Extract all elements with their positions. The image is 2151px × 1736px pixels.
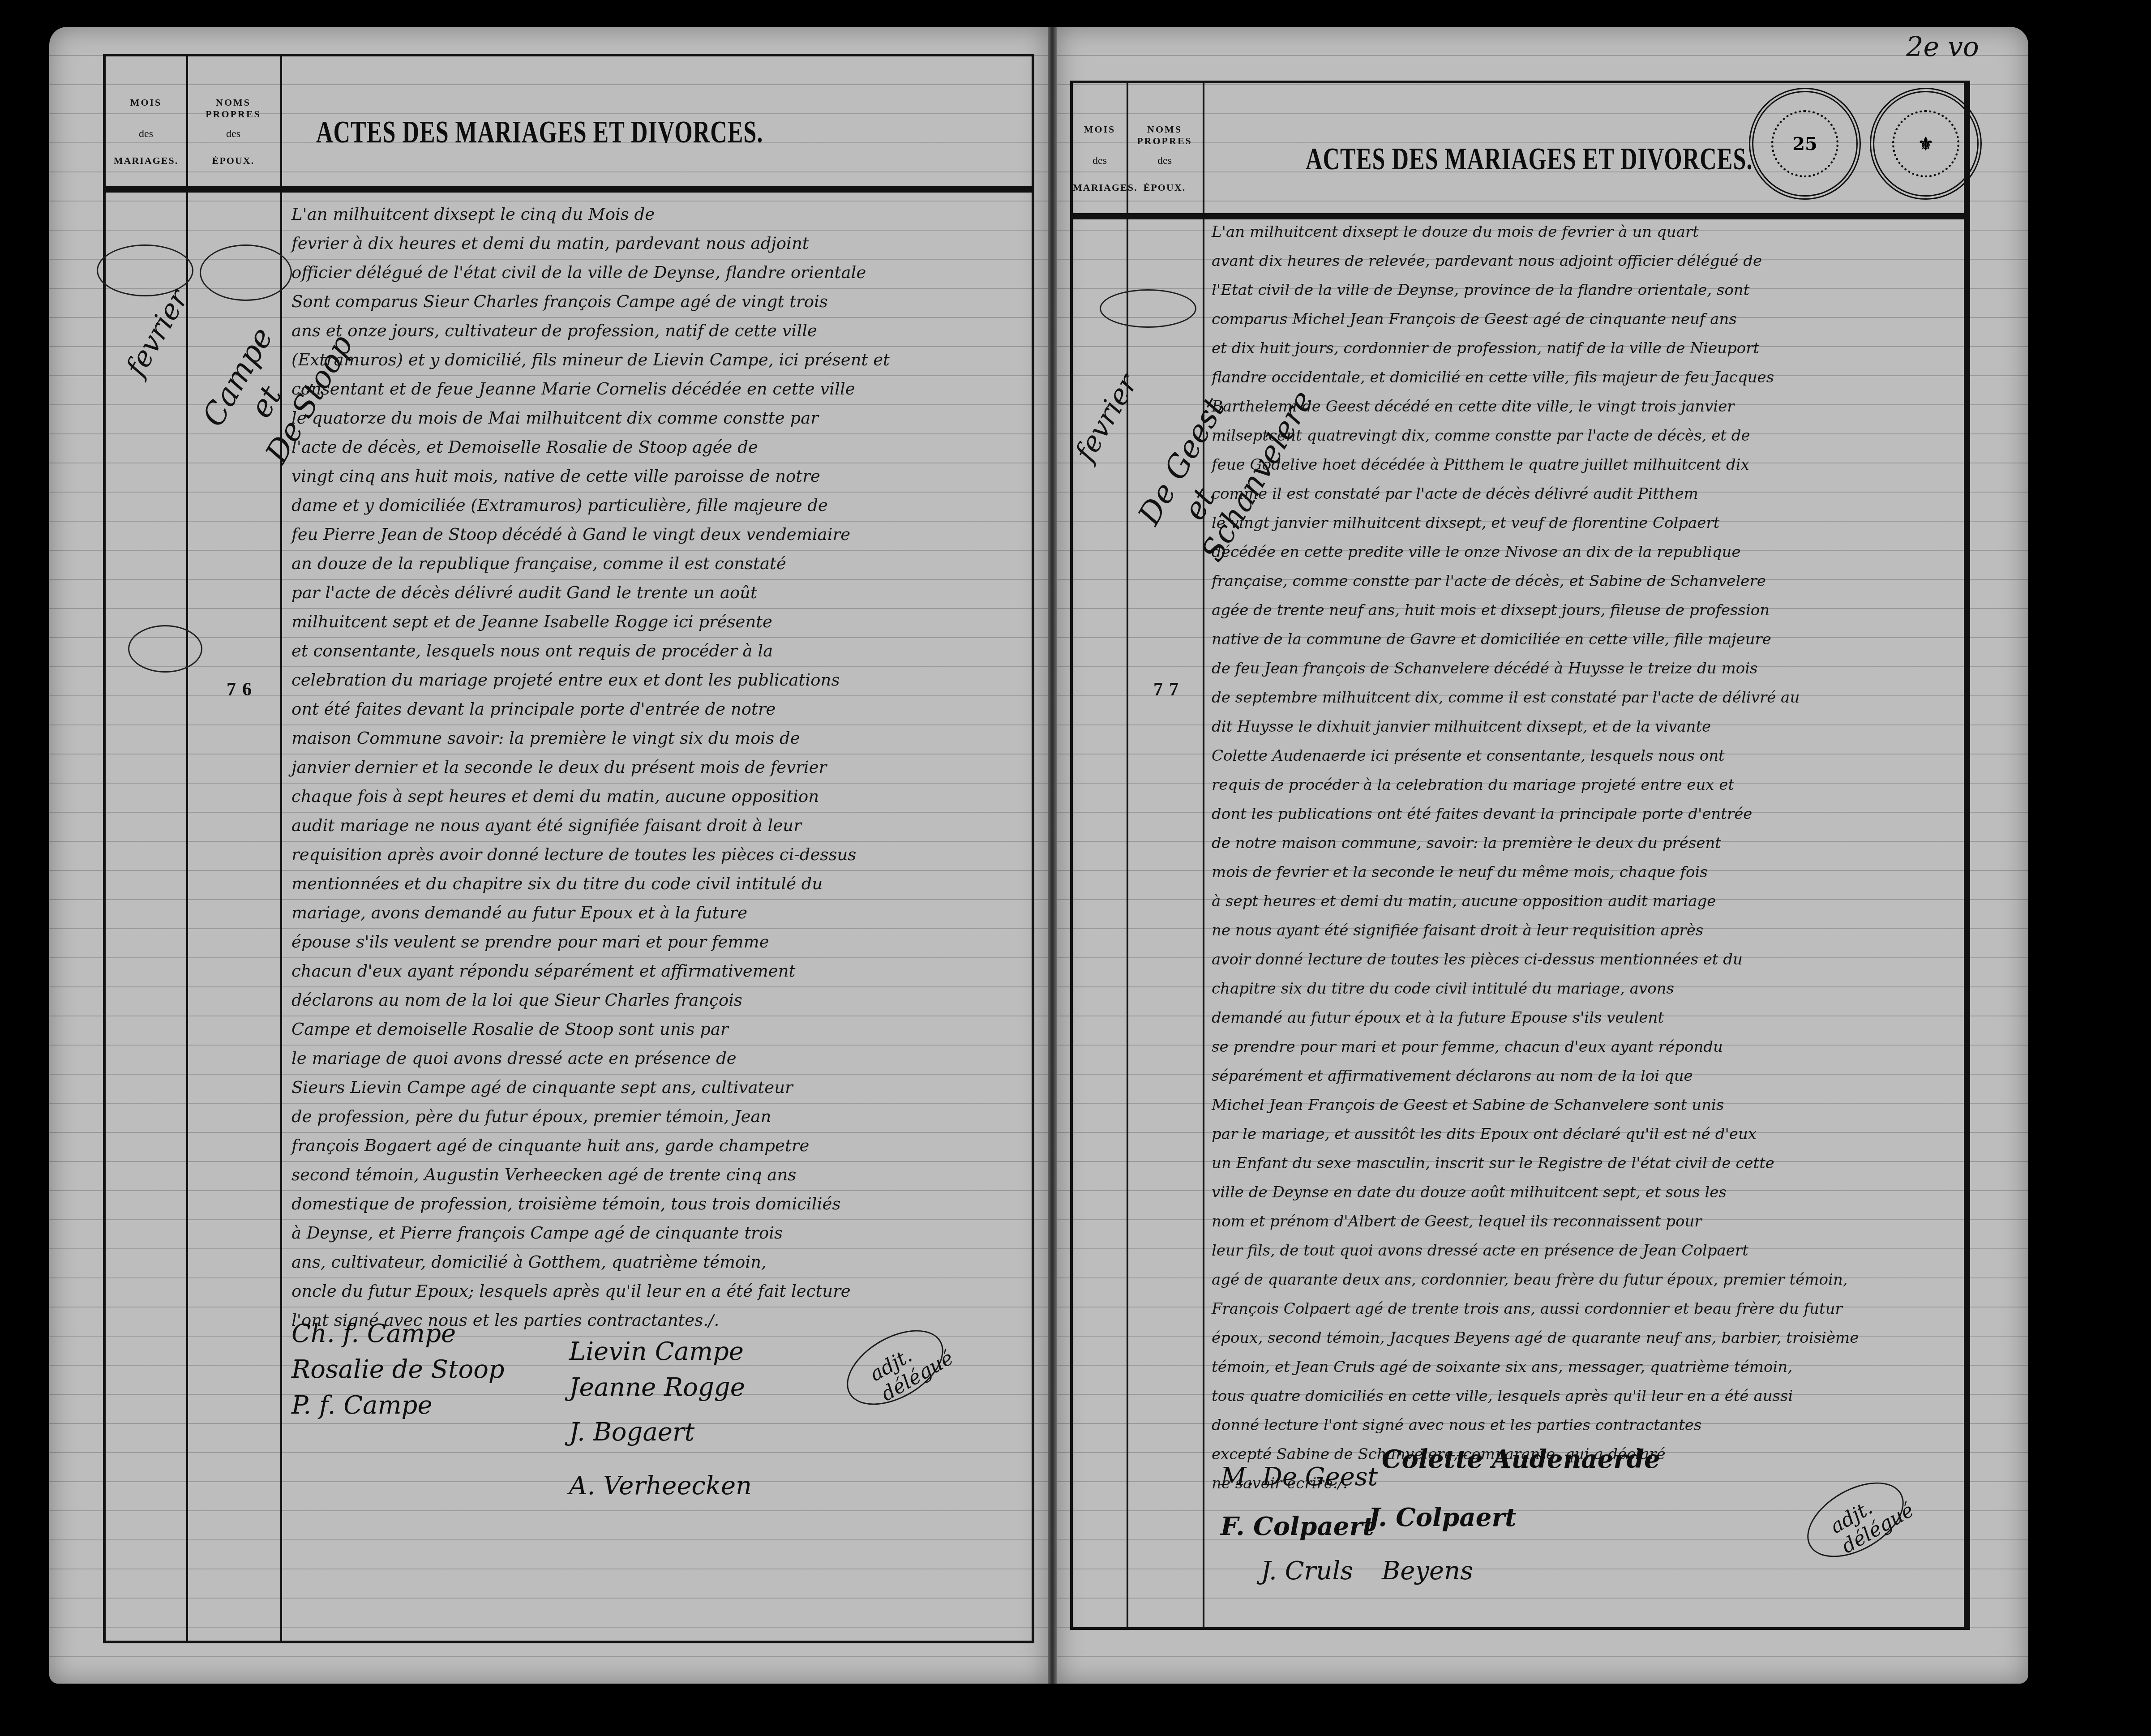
left-signatures: Ch. f. Campe Rosalie de Stoop P. f. Camp… <box>291 1319 1008 1588</box>
tax-stamp-icon: 25 <box>1749 88 1861 200</box>
signature: Jeanne Rogge <box>569 1373 745 1402</box>
signature: F. Colpaert <box>1221 1512 1374 1541</box>
text-line: domestique de profession, troisième témo… <box>291 1189 890 1218</box>
text-line: de notre maison commune, savoir: la prem… <box>1212 829 1859 858</box>
text-line: l'acte de décès, et Demoiselle Rosalie d… <box>291 433 890 462</box>
text-line: agé de quarante deux ans, cordonnier, be… <box>1212 1265 1859 1294</box>
column-noms: NOMS PROPRES des ÉPOUX. De Geest et Scha… <box>1127 83 1204 1627</box>
text-line: milseptcent quatrevingt dix, comme const… <box>1212 421 1859 450</box>
stamp-center: 25 <box>1771 110 1838 177</box>
text-line: dont les publications ont été faites dev… <box>1212 800 1859 829</box>
right-header: ACTES DES MARIAGES ET DIVORCES. 25 ⚜ <box>1073 83 1964 219</box>
text-line: Michel Jean François de Geest et Sabine … <box>1212 1091 1859 1120</box>
header-noms-l1: NOMS PROPRES <box>1127 124 1203 147</box>
text-line: mentionnées et du chapitre six du titre … <box>291 869 890 898</box>
text-line: milhuitcent sept et de Jeanne Isabelle R… <box>291 607 890 636</box>
text-line: fevrier à dix heures et demi du matin, p… <box>291 229 890 258</box>
official-signature: adjt. délégué <box>1795 1467 1916 1573</box>
text-line: déclarons au nom de la loi que Sieur Cha… <box>291 986 890 1015</box>
text-line: l'Etat civil de la ville de Deynse, prov… <box>1212 276 1859 305</box>
text-line: par le mariage, et aussitôt les dits Epo… <box>1212 1120 1859 1149</box>
header-noms-l2: des <box>1127 155 1203 167</box>
entry-number: 76 <box>227 679 258 700</box>
text-line: tous quatre domiciliés en cette ville, l… <box>1212 1382 1859 1411</box>
text-line: officier délégué de l'état civil de la v… <box>291 258 890 287</box>
right-act-text: L'an milhuitcent dixsept le douze du moi… <box>1212 218 1859 1498</box>
text-line: le vingt janvier milhuitcent dixsept, et… <box>1212 509 1859 538</box>
text-line: se prendre pour mari et pour femme, chac… <box>1212 1033 1859 1062</box>
text-line: de feu Jean françois de Schanvelere décé… <box>1212 654 1859 683</box>
text-line: le quatorze du mois de Mai milhuitcent d… <box>291 403 890 433</box>
text-line: dame et y domiciliée (Extramuros) partic… <box>291 491 890 520</box>
entry-number: 77 <box>1153 679 1185 700</box>
header-mois-l1: MOIS <box>1073 124 1127 135</box>
text-line: Sieurs Lievin Campe agé de cinquante sep… <box>291 1073 890 1102</box>
left-page: ACTES DES MARIAGES ET DIVORCES. MOIS des… <box>49 27 1048 1684</box>
text-line: ans et onze jours, cultivateur de profes… <box>291 316 890 345</box>
page-title: ACTES DES MARIAGES ET DIVORCES. <box>316 115 763 150</box>
signature: Lievin Campe <box>569 1337 744 1366</box>
signature: Colette Audenaerde <box>1382 1445 1660 1474</box>
text-line: décédée en cette predite ville le onze N… <box>1212 538 1859 567</box>
text-line: native de la commune de Gavre et domicil… <box>1212 625 1859 654</box>
text-line: consentant et de feue Jeanne Marie Corne… <box>291 374 890 403</box>
text-line: audit mariage ne nous ayant été signifié… <box>291 811 890 840</box>
text-line: séparément et affirmativement déclarons … <box>1212 1062 1859 1091</box>
margin-month: fevrier <box>119 284 194 382</box>
text-line: L'an milhuitcent dixsept le douze du moi… <box>1212 218 1859 247</box>
text-line: agée de trente neuf ans, huit mois et di… <box>1212 596 1859 625</box>
text-line: un Enfant du sexe masculin, inscrit sur … <box>1212 1149 1859 1178</box>
flourish-icon <box>97 244 193 296</box>
text-line: maison Commune savoir: la première le vi… <box>291 724 890 753</box>
official-signature-text: adjt. délégué <box>866 1327 957 1406</box>
text-line: ont été faites devant la principale port… <box>291 694 890 724</box>
header-mois-l2: des <box>1073 155 1127 167</box>
right-signatures: M. De Geest Colette Audenaerde F. Colpae… <box>1221 1462 1937 1642</box>
left-page-frame: ACTES DES MARIAGES ET DIVORCES. MOIS des… <box>103 54 1034 1643</box>
text-line: donné lecture l'ont signé avec nous et l… <box>1212 1411 1859 1440</box>
text-line: comparus Michel Jean François de Geest a… <box>1212 305 1859 334</box>
text-line: celebration du mariage projeté entre eux… <box>291 665 890 694</box>
text-line: Campe et demoiselle Rosalie de Stoop son… <box>291 1015 890 1044</box>
text-line: à Deynse, et Pierre françois Campe agé d… <box>291 1218 890 1247</box>
left-act-text: L'an milhuitcent dixsept le cinq du Mois… <box>291 200 890 1335</box>
text-line: leur fils, de tout quoi avons dressé act… <box>1212 1236 1859 1265</box>
text-line: second témoin, Augustin Verheecken agé d… <box>291 1160 890 1189</box>
column-noms: NOMS PROPRES des ÉPOUX. Campe et De Stoo… <box>186 56 282 1641</box>
right-page-frame: ACTES DES MARIAGES ET DIVORCES. 25 ⚜ MOI… <box>1070 81 1970 1630</box>
text-line: (Extramuros) et y domicilié, fils mineur… <box>291 345 890 374</box>
text-line: avant dix heures de relevée, pardevant n… <box>1212 247 1859 276</box>
text-line: par l'acte de décès délivré audit Gand l… <box>291 578 890 607</box>
signature: Ch. f. Campe <box>291 1319 456 1348</box>
text-line: le mariage de quoi avons dressé acte en … <box>291 1044 890 1073</box>
signature: M. De Geest <box>1221 1462 1378 1492</box>
signature: A. Verheecken <box>569 1471 752 1500</box>
text-line: dit Huysse le dixhuit janvier milhuitcen… <box>1212 712 1859 742</box>
text-line: de profession, père du futur époux, prem… <box>291 1102 890 1131</box>
official-signature-text: adjt. délégué <box>1826 1479 1918 1558</box>
text-line: nom et prénom d'Albert de Geest, lequel … <box>1212 1207 1859 1236</box>
header-mois-l2: des <box>106 128 186 140</box>
text-line: à sept heures et demi du matin, aucune o… <box>1212 887 1859 916</box>
text-line: mariage, avons demandé au futur Epoux et… <box>291 898 890 927</box>
register-spread: ACTES DES MARIAGES ET DIVORCES. MOIS des… <box>49 27 2028 1684</box>
header-mois-l1: MOIS <box>106 97 186 108</box>
text-line: chaque fois à sept heures et demi du mat… <box>291 782 890 811</box>
right-page: 2e vo ACTES DES MARIAGES ET DIVORCES. 25… <box>1057 27 2028 1684</box>
text-line: françois Bogaert agé de cinquante huit a… <box>291 1131 890 1160</box>
text-line: Colette Audenaerde ici présente et conse… <box>1212 742 1859 771</box>
text-line: vingt cinq ans huit mois, native de cett… <box>291 462 890 491</box>
text-line: et dix huit jours, cordonnier de profess… <box>1212 334 1859 363</box>
header-noms-l1: NOMS PROPRES <box>186 97 280 120</box>
text-line: époux, second témoin, Jacques Beyens agé… <box>1212 1324 1859 1353</box>
text-line: feue Godelive hoet décédée à Pitthem le … <box>1212 450 1859 480</box>
text-line: et consentante, lesquels nous ont requis… <box>291 636 890 665</box>
signature: J. Cruls <box>1261 1556 1353 1586</box>
royal-stamp-icon: ⚜ <box>1870 88 1982 200</box>
text-line: feu Pierre Jean de Stoop décédé à Gand l… <box>291 520 890 549</box>
signature: P. f. Campe <box>291 1391 433 1420</box>
header-mois-l3: MARIAGES. <box>1073 182 1127 193</box>
text-line: François Colpaert agé de trente trois an… <box>1212 1294 1859 1324</box>
text-line: mois de fevrier et la seconde le neuf du… <box>1212 858 1859 887</box>
text-line: demandé au futur époux et à la future Ep… <box>1212 1003 1859 1033</box>
text-line: ans, cultivateur, domicilié à Gotthem, q… <box>291 1247 890 1277</box>
text-line: avoir donné lecture de toutes les pièces… <box>1212 945 1859 974</box>
text-line: oncle du futur Epoux; lesquels après qu'… <box>291 1277 890 1306</box>
official-signature: adjt. délégué <box>834 1315 956 1420</box>
text-line: chapitre six du titre du code civil inti… <box>1212 974 1859 1003</box>
folio-mark: 2e vo <box>1906 31 1979 63</box>
signature: J. Bogaert <box>569 1418 694 1447</box>
header-mois-l3: MARIAGES. <box>106 155 186 167</box>
book-gutter <box>1048 27 1057 1684</box>
text-line: flandre occidentale, et domicilié en cet… <box>1212 363 1859 392</box>
header-noms-l3: ÉPOUX. <box>1127 182 1203 193</box>
flourish-icon <box>200 244 292 301</box>
text-line: française, comme constte par l'acte de d… <box>1212 567 1859 596</box>
page-title: ACTES DES MARIAGES ET DIVORCES. <box>1306 141 1753 177</box>
text-line: Sont comparus Sieur Charles françois Cam… <box>291 287 890 316</box>
header-noms-l2: des <box>186 128 280 140</box>
column-mois: MOIS des MARIAGES. fevrier <box>106 56 188 1641</box>
text-line: comme il est constaté par l'acte de décè… <box>1212 480 1859 509</box>
stamp-center: ⚜ <box>1892 110 1959 177</box>
signature: J. Colpaert <box>1368 1503 1517 1532</box>
text-line: an douze de la republique française, com… <box>291 549 890 578</box>
text-line: L'an milhuitcent dixsept le cinq du Mois… <box>291 200 890 229</box>
text-line: épouse s'ils veulent se prendre pour mar… <box>291 927 890 956</box>
signature: Rosalie de Stoop <box>291 1355 505 1384</box>
text-line: janvier dernier et la seconde le deux du… <box>291 753 890 782</box>
text-line: ville de Deynse en date du douze août mi… <box>1212 1178 1859 1207</box>
text-line: requis de procéder à la celebration du m… <box>1212 771 1859 800</box>
text-line: Barthelemi de Geest décédé en cette dite… <box>1212 392 1859 421</box>
flourish-icon <box>1100 289 1196 328</box>
text-line: ne nous ayant été signifiée faisant droi… <box>1212 916 1859 945</box>
header-noms-l3: ÉPOUX. <box>186 155 280 167</box>
text-line: chacun d'eux ayant répondu séparément et… <box>291 956 890 986</box>
text-line: de septembre milhuitcent dix, comme il e… <box>1212 683 1859 712</box>
text-line: requisition après avoir donné lecture de… <box>291 840 890 869</box>
signature: Beyens <box>1382 1556 1473 1586</box>
text-line: témoin, et Jean Cruls agé de soixante si… <box>1212 1353 1859 1382</box>
